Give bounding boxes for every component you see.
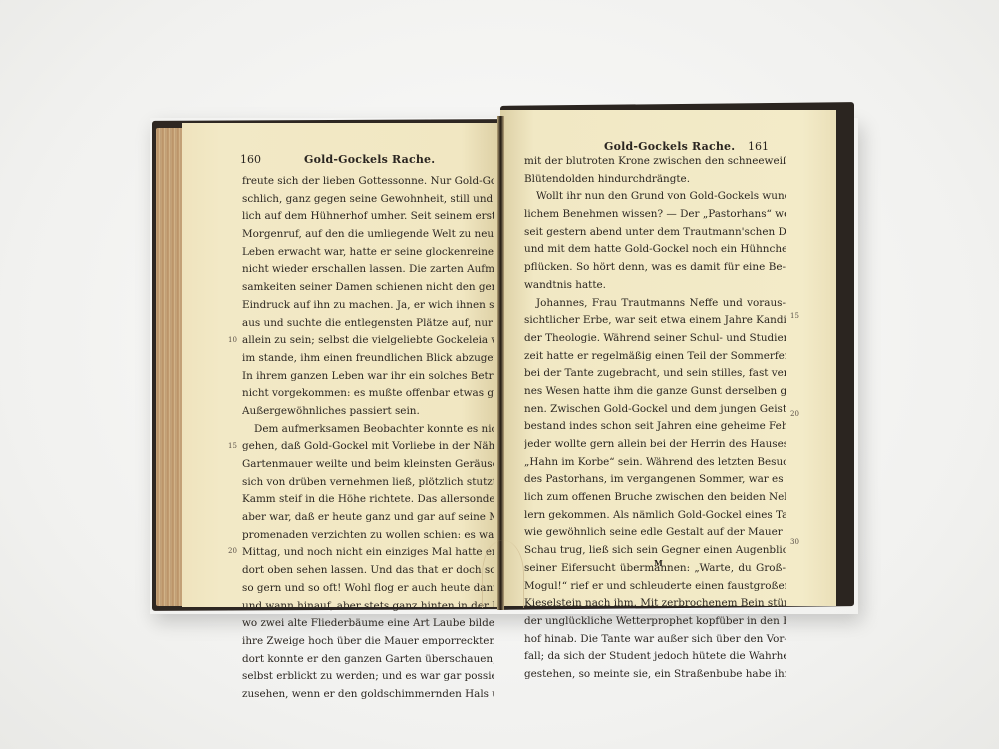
text-line: ihre Zweige hoch über die Mauer emporrec… xyxy=(242,633,494,651)
text-line: gestehen, so meinte sie, ein Straßenbube… xyxy=(524,666,786,684)
running-title: Gold-Gockels Rache. xyxy=(604,140,735,153)
text-line: zeit hatte er regelmäßig einen Teil der … xyxy=(524,348,786,366)
text-line: nicht vorgekommen: es mußte offenbar etw… xyxy=(242,385,494,403)
line-marker: 30 xyxy=(790,538,799,546)
text-line: freute sich der lieben Gottessonne. Nur … xyxy=(242,173,494,191)
text-line: Mogul!“ rief er und schleuderte einen fa… xyxy=(524,578,786,596)
text-line: hof hinab. Die Tante war außer sich über… xyxy=(524,631,786,649)
text-line: Außergewöhnliches passiert sein. xyxy=(242,403,494,421)
text-line: schlich, ganz gegen seine Gewohnheit, st… xyxy=(242,191,494,209)
text-line: Kamm steif in die Höhe richtete. Das all… xyxy=(242,491,494,509)
text-line: der Theologie. Während seiner Schul- und… xyxy=(524,330,786,348)
text-line: lichem Benehmen wissen? — Der „Pastorhan… xyxy=(524,206,786,224)
text-line: gehen, daß Gold-Gockel mit Vorliebe in d… xyxy=(242,438,494,456)
torn-gutter xyxy=(482,540,524,608)
text-line: dort konnte er den ganzen Garten übersch… xyxy=(242,651,494,669)
text-line: Morgenruf, auf den die umliegende Welt z… xyxy=(242,226,494,244)
line-marker: 20 xyxy=(790,410,799,418)
text-line: Blütendolden hindurchdrängte. xyxy=(524,171,786,189)
page-edges xyxy=(156,128,184,606)
text-line: so gern und so oft! Wohl flog er auch he… xyxy=(242,580,494,598)
left-page-text: freute sich der lieben Gottessonne. Nur … xyxy=(242,173,494,704)
text-line: nes Wesen hatte ihm die ganze Gunst ders… xyxy=(524,383,786,401)
text-line: bei der Tante zugebracht, und sein still… xyxy=(524,365,786,383)
text-line: selbst erblickt zu werden; und es war ga… xyxy=(242,668,494,686)
text-line: der unglückliche Wetterprophet kopfüber … xyxy=(524,613,786,631)
text-line: Eindruck auf ihn zu machen. Ja, er wich … xyxy=(242,297,494,315)
right-page: Gold-Gockels Rache. 161 mit der blutrote… xyxy=(500,110,836,606)
left-page: 160 Gold-Gockels Rache. freute sich der … xyxy=(182,123,500,607)
page-number: 160 xyxy=(240,153,261,166)
text-line: promenaden verzichten zu wollen schien: … xyxy=(242,527,494,545)
text-line: „Hahn im Korbe“ sein. Während des letzte… xyxy=(524,454,786,472)
line-marker: 15 xyxy=(790,312,799,320)
text-line: lern gekommen. Als nämlich Gold-Gockel e… xyxy=(524,507,786,525)
text-line: nen. Zwischen Gold-Gockel und dem jungen… xyxy=(524,401,786,419)
page-number: 161 xyxy=(748,140,769,153)
text-line: fall; da sich der Student jedoch hütete … xyxy=(524,648,786,666)
text-line: des Pastorhans, im vergangenen Sommer, w… xyxy=(524,471,786,489)
signature-mark: M xyxy=(654,558,663,568)
text-line: aber war, daß er heute ganz und gar auf … xyxy=(242,509,494,527)
text-line: pflücken. So hört denn, was es damit für… xyxy=(524,259,786,277)
text-line: zusehen, wenn er den goldschimmernden Ha… xyxy=(242,686,494,704)
text-line: seit gestern abend unter dem Trautmann's… xyxy=(524,224,786,242)
text-line: lich zum offenen Bruche zwischen den bei… xyxy=(524,489,786,507)
text-line: Mittag, und noch nicht ein einziges Mal … xyxy=(242,544,494,562)
text-line: nicht wieder erschallen lassen. Die zart… xyxy=(242,261,494,279)
text-line: wie gewöhnlich seine edle Gestalt auf de… xyxy=(524,524,786,542)
running-title: Gold-Gockels Rache. xyxy=(304,153,435,166)
book-gutter xyxy=(497,116,504,610)
text-line: Johannes, Frau Trautmanns Neffe und vora… xyxy=(524,295,786,313)
text-line: lich auf dem Hühnerhof umher. Seit seine… xyxy=(242,208,494,226)
text-line: aus und suchte die entlegensten Plätze a… xyxy=(242,315,494,333)
text-line: Leben erwacht war, hatte er seine glocke… xyxy=(242,244,494,262)
text-line: In ihrem ganzen Leben war ihr ein solche… xyxy=(242,368,494,386)
line-marker: 15 xyxy=(228,442,237,450)
line-marker: 10 xyxy=(228,336,237,344)
text-line: jeder wollte gern allein bei der Herrin … xyxy=(524,436,786,454)
text-line: allein zu sein; selbst die vielgeliebte … xyxy=(242,332,494,350)
left-page-header: 160 Gold-Gockels Rache. xyxy=(182,153,500,169)
text-line: wandtnis hatte. xyxy=(524,277,786,295)
text-line: samkeiten seiner Damen schienen nicht de… xyxy=(242,279,494,297)
text-line: wo zwei alte Fliederbäume eine Art Laube… xyxy=(242,615,494,633)
text-line: im stande, ihm einen freundlichen Blick … xyxy=(242,350,494,368)
text-line: Kieselstein nach ihm. Mit zerbrochenem B… xyxy=(524,595,786,613)
text-line: und wann hinauf, aber stets ganz hinten … xyxy=(242,598,494,616)
text-line: Dem aufmerksamen Beobachter konnte es ni… xyxy=(242,421,494,439)
text-line: sichtlicher Erbe, war seit etwa einem Ja… xyxy=(524,312,786,330)
line-marker: 20 xyxy=(228,547,237,555)
text-line: Gartenmauer weilte und beim kleinsten Ge… xyxy=(242,456,494,474)
text-line: und mit dem hatte Gold-Gockel noch ein H… xyxy=(524,241,786,259)
right-page-text: mit der blutroten Krone zwischen den sch… xyxy=(524,153,786,684)
text-line: sich von drüben vernehmen ließ, plötzlic… xyxy=(242,474,494,492)
text-line: bestand indes schon seit Jahren eine geh… xyxy=(524,418,786,436)
text-line: dort oben sehen lassen. Und das that er … xyxy=(242,562,494,580)
text-line: mit der blutroten Krone zwischen den sch… xyxy=(524,153,786,171)
text-line: Wollt ihr nun den Grund von Gold-Gockels… xyxy=(524,188,786,206)
